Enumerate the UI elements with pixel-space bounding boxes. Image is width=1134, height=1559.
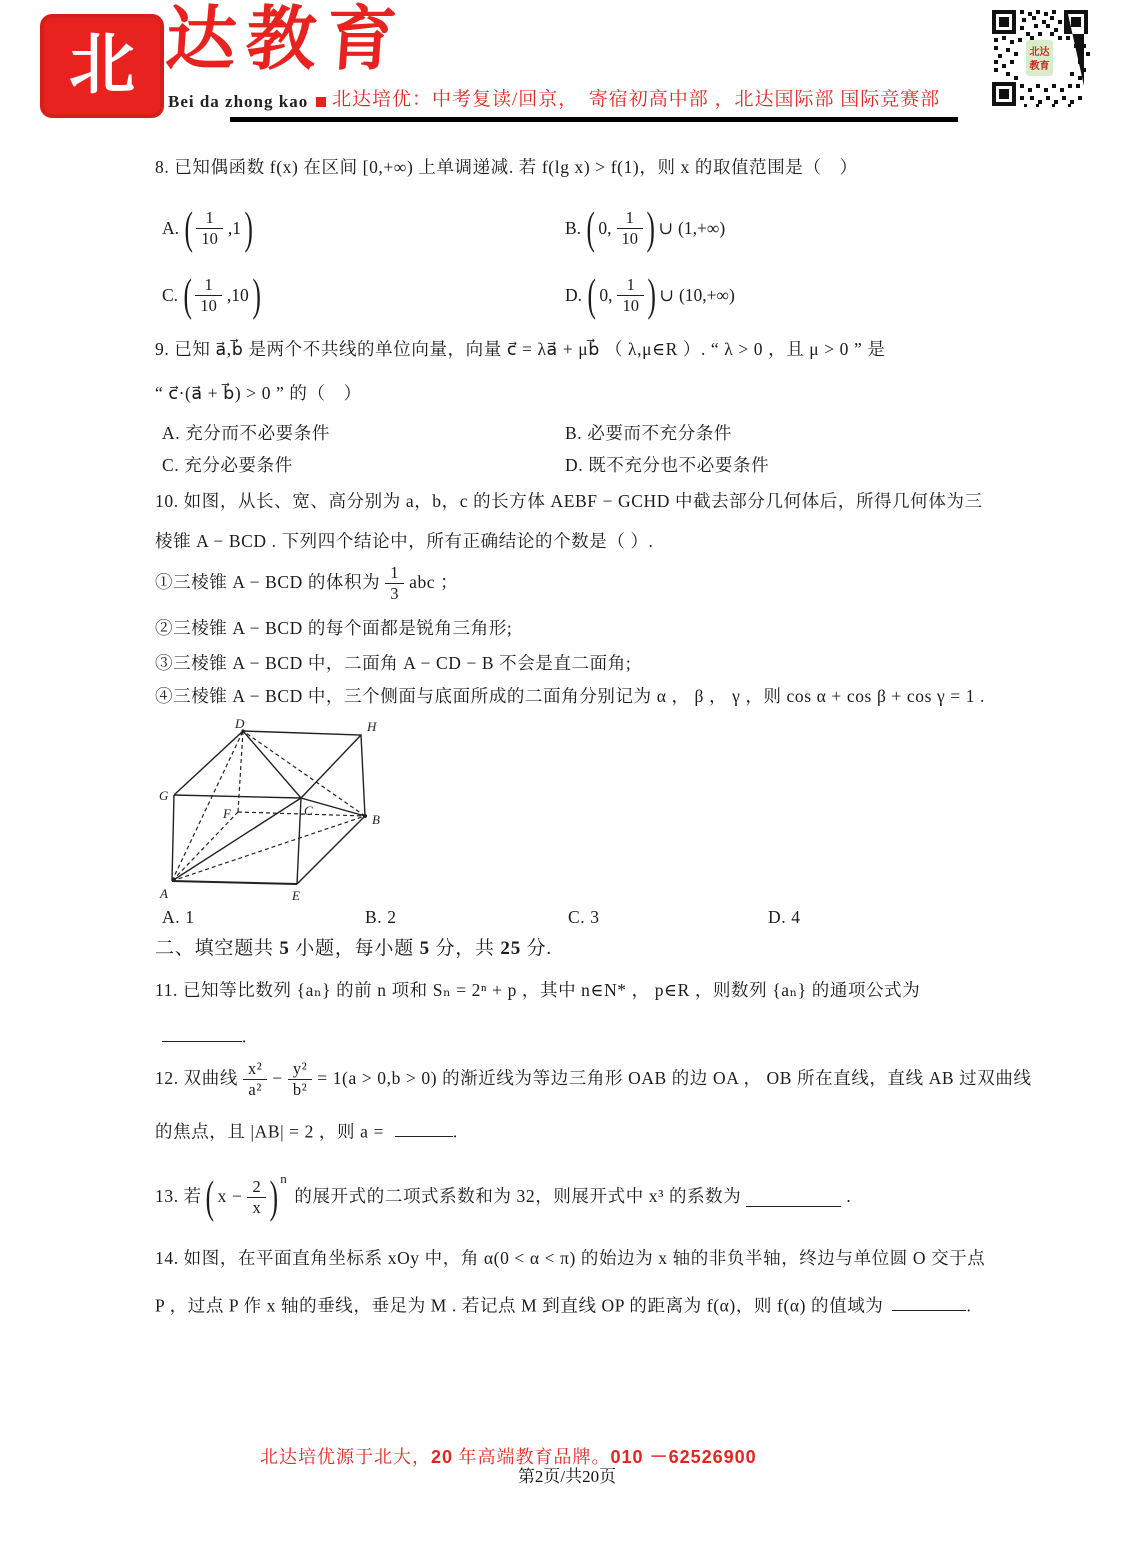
brand-subtitle-text: Bei da zhong kao [168,92,308,112]
figure-solid-edges [172,731,365,884]
q11-stem: 11. 已知等比数列 {aₙ} 的前 n 项和 Sₙ = 2ⁿ + p ，其中 … [155,978,920,1003]
vertex-label-g: G [159,788,169,803]
q8-option-d: D. ( 0, 110 ) ∪ (10,+∞) [565,264,735,326]
fraction: 110 [196,208,223,249]
option-label: A. [162,218,179,239]
option-tail: (10,+∞) [679,285,735,306]
option-label: B. [565,218,581,239]
exponent-n: n [280,1170,287,1189]
vertex-label-f: F [222,806,232,821]
q9-option-d: D. 既不充分也不必要条件 [565,453,769,478]
section-2-header: 二、填空题共 5 小题，每小题 5 分，共 25 分. [155,935,552,963]
brand-name: 达教育 [164,6,409,76]
vertex-label-b: B [372,812,380,827]
left-paren: ( [184,207,192,248]
vertex-label-e: E [291,888,300,903]
fraction: x²a² [243,1059,267,1100]
left-paren: ( [587,274,595,315]
period: . [453,1121,458,1141]
q10-item-4: ④三棱锥 A − BCD 中，三个侧面与底面所成的二面角分别记为 α ， β ，… [155,684,985,709]
q10-figure: D H G C F B A E [158,716,408,908]
header-tagline: 北达培优：中考复读/回京， 寄宿初高中部 ，北达国际部 国际竞赛部 [332,84,940,111]
left-paren: ( [184,274,192,315]
union-symbol: ∪ [658,218,673,239]
q12-mid: = 1(a > 0,b > 0) 的渐近线为等边三角形 OAB 的边 OA ， … [317,1066,1031,1091]
vertex-label-a: A [159,886,168,901]
q8-option-b: B. ( 0, 110 ) ∪ (1,+∞) [565,197,725,259]
option-tail: (1,+∞) [678,218,725,239]
q10-item1-tail: abc ； [409,570,458,595]
fraction: 110 [617,275,644,316]
right-paren: ) [270,1176,279,1217]
option-label: C. [162,285,178,306]
q10-stem-line2: 棱锥 A − BCD . 下列四个结论中，所有正确结论的个数是（ ）. [155,529,654,554]
q9-option-c: C. 充分必要条件 [162,453,293,478]
q10-item1-text: ①三棱锥 A − BCD 的体积为 [155,570,380,595]
q14-line2-text: P ，过点 P 作 x 轴的垂线，垂足为 M . 若记点 M 到直线 OP 的距… [155,1295,883,1315]
q9-option-b: B. 必要而不充分条件 [565,421,732,446]
q10-item-2: ②三棱锥 A − BCD 的每个面都是锐角三角形; [155,616,512,641]
qr-code: 北达 教育 [990,8,1090,108]
brand-subtitle: Bei da zhong kao [168,92,326,112]
q8-option-a: A. ( 110 ,1 ) [162,197,251,259]
q10-option-d: D. 4 [768,905,801,930]
fraction: 110 [195,275,222,316]
left-paren: ( [205,1176,214,1217]
figure-dashed-edges [172,731,365,881]
period: . [966,1295,971,1315]
option-pre: 0, [599,285,612,306]
period: . [242,1026,247,1046]
vertex-dot-b [363,814,367,818]
vertex-label-d: D [234,716,245,731]
option-tail: ,10 [227,285,249,306]
q10-item-1: ①三棱锥 A − BCD 的体积为 13 abc ； [155,560,458,606]
blank-underline [395,1117,453,1137]
q12-stem-line1: 12. 双曲线 x²a² − y²b² = 1(a > 0,b > 0) 的渐近… [155,1050,1032,1108]
seal-character: 北 [69,33,135,99]
q12-line2-text: 的焦点，且 |AB| = 2 ，则 a = [155,1121,384,1141]
vertex-label-h: H [366,719,377,734]
fraction: 110 [617,208,644,249]
q13-x-minus: x − [218,1184,243,1209]
left-paren: ( [587,207,595,248]
q8-option-c: C. ( 110 ,10 ) [162,264,259,326]
blank-underline [892,1291,966,1311]
right-paren: ) [646,207,654,248]
fraction: y²b² [288,1059,312,1100]
q10-option-c: C. 3 [568,905,600,930]
q10-option-a: A. 1 [162,905,195,930]
qr-center-text-2: 教育 [1029,59,1050,72]
q9-stem-line1: 9. 已知 a⃗,b⃗ 是两个不共线的单位向量，向量 c⃗ = λa⃗ + μb… [155,337,885,362]
q13-post: 的展开式的二项式系数和为 32，则展开式中 x³ 的系数为 [294,1184,741,1209]
header-divider [230,117,958,122]
q10-stem-line1: 10. 如图，从长、宽、高分别为 a，b，c 的长方体 AEBF − GCHD … [155,489,983,514]
page-number: 第2页/共20页 [0,1462,1134,1487]
right-paren: ) [244,207,252,248]
q9-stem-line2: “ c⃗·(a⃗ + b⃗) > 0 ” 的（ ） [155,381,362,406]
q14-stem-line1: 14. 如图，在平面直角坐标系 xOy 中，角 α(0 < α < π) 的始边… [155,1246,985,1271]
q13-pre: 13. 若 [155,1184,202,1209]
right-paren: ) [252,274,260,315]
q8-stem: 8. 已知偶函数 f(x) 在区间 [0,+∞) 上单调递减. 若 f(lg x… [155,155,858,180]
period: . [846,1184,851,1209]
blank-underline [746,1187,841,1207]
q14-stem-line2: P ，过点 P 作 x 轴的垂线，垂足为 M . 若记点 M 到直线 OP 的距… [155,1291,971,1319]
brand-seal-logo: 北 [40,14,164,118]
union-symbol: ∪ [659,285,674,306]
q13-stem: 13. 若 ( x − 2x ) n 的展开式的二项式系数和为 32，则展开式中… [155,1166,851,1228]
minus-sign: − [272,1066,282,1091]
fraction: 13 [385,563,404,604]
option-tail: ,1 [228,218,241,239]
fraction: 2x [247,1177,266,1218]
option-pre: 0, [598,218,611,239]
vertex-label-c: C [304,803,313,818]
option-label: D. [565,285,582,306]
q11-answer-blank: . [162,1022,247,1050]
blank-underline [162,1022,242,1042]
red-square-icon [316,97,326,107]
q12-stem-line2: 的焦点，且 |AB| = 2 ，则 a = . [155,1117,458,1145]
qr-center-text-1: 北达 [1030,45,1050,58]
q12-pre: 12. 双曲线 [155,1066,238,1091]
exam-page: 北 达教育 Bei da zhong kao 北达培优：中考复读/回京， 寄宿初… [0,0,1134,1559]
q10-item-3: ③三棱锥 A − BCD 中，二面角 A − CD − B 不会是直二面角; [155,651,631,676]
q10-option-b: B. 2 [365,905,397,930]
q9-option-a: A. 充分而不必要条件 [162,421,330,446]
right-paren: ) [647,274,655,315]
